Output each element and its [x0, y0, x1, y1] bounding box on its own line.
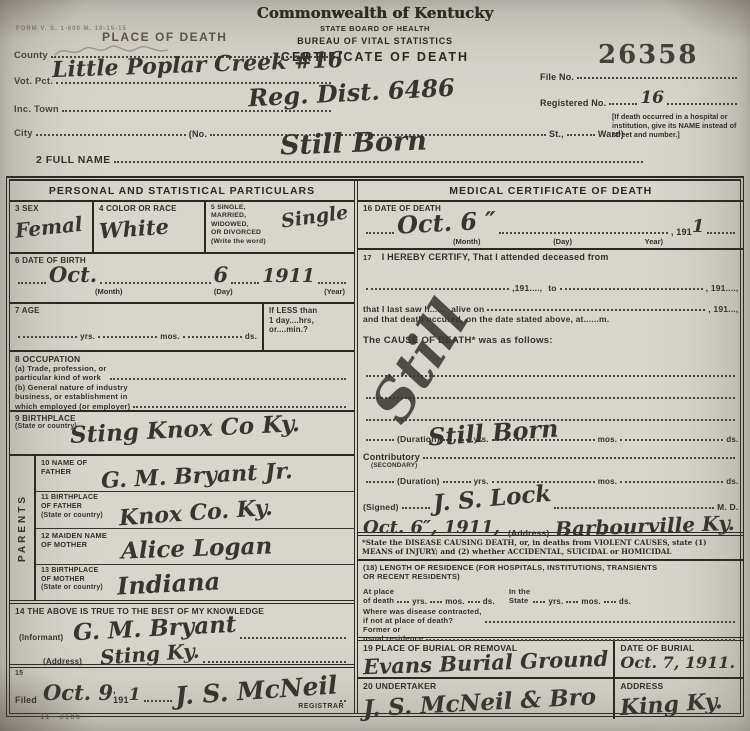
contracted-label: Where was disease contracted, if not at … [363, 607, 482, 626]
contrib-duration-c [620, 481, 723, 483]
dod-day-caption: (Day) [553, 237, 572, 246]
certify-191-a: ,191...., [512, 283, 542, 293]
contrib-duration-ds: ds. [726, 477, 738, 486]
occupation-a-line [110, 378, 347, 380]
duration-label: (Duration) [397, 434, 440, 444]
file-no-label: File No. [540, 72, 574, 82]
mother-name-row: 12 MAIDEN NAME OF MOTHER Alice Logan [36, 529, 354, 565]
residence-block: (18) LENGTH OF RESIDENCE (FOR HOSPITALS,… [358, 561, 743, 641]
age-ds-label: ds. [245, 332, 257, 341]
birthplace-row: 9 BIRTHPLACE (State or country) Sting Kn… [10, 412, 354, 456]
alive-on-label: alive on [451, 304, 484, 314]
father-name-label: 10 NAME OF FATHER [41, 458, 87, 477]
sex-color-marital-row: 3 SEX Femal 4 COLOR OR RACE White 5 SING… [10, 202, 354, 254]
contracted-line [485, 621, 736, 623]
certificate-header: FORM V. S. 1-600 M. 10-15-15 PLACE OF DE… [0, 0, 750, 176]
date-of-death-row: 16 DATE OF DEATH Oct. 6 ″ , 191 1 (Month… [358, 202, 743, 250]
burial-date-label: DATE OF BURIAL [620, 643, 738, 653]
contrib-duration-label: (Duration) [397, 476, 440, 486]
res-ds-a: ds. [483, 597, 495, 606]
res-yrs-b: yrs. [548, 597, 563, 606]
father-birthplace-handwriting: Knox Co. Ky. [118, 494, 273, 531]
burial-date-handwriting: Oct. 7, 1911. [620, 653, 738, 672]
contrib-duration-a [443, 481, 471, 483]
parents-rows: 10 NAME OF FATHER G. M. Bryant Jr. 11 BI… [36, 456, 354, 600]
alive-on-line [487, 309, 705, 311]
duration-yrs: yrs. [474, 435, 489, 444]
file-number-stamp: 26358 [598, 40, 698, 70]
dod-year-handwriting: 1 [692, 216, 705, 237]
commonwealth-title: Commonwealth of Kentucky [245, 4, 505, 22]
street-no-label: (No. [189, 129, 207, 139]
cause-line-2 [366, 397, 735, 399]
filed-year-handwriting: 1 [129, 685, 141, 705]
age-less-than-cell: If LESS than 1 day....hrs, or....min.? [262, 304, 354, 350]
age-less-than-note: If LESS than 1 day....hrs, or....min.? [269, 306, 349, 335]
attestation-block: 14 THE ABOVE IS TRUE TO THE BEST OF MY K… [10, 604, 354, 668]
print-code: 11—3186 [40, 712, 81, 721]
certify-191-b: , 191...., [706, 283, 739, 293]
color-race-handwriting: White [98, 212, 200, 244]
signed-line-b [554, 507, 714, 509]
age-label: 7 AGE [15, 306, 257, 315]
filed-line [144, 700, 172, 702]
certify-paragraph: 17 I HEREBY CERTIFY, That I attended dec… [358, 250, 743, 356]
cause-line-1 [366, 375, 735, 377]
res-mos-b: mos. [581, 597, 600, 606]
dob-line-d [318, 282, 346, 284]
dod-line-c [707, 232, 735, 234]
dod-year-caption: Year) [645, 237, 663, 246]
burial-date-cell: DATE OF BURIAL Oct. 7, 1911. [613, 641, 743, 677]
occupation-b-line [133, 406, 346, 408]
dod-month-caption: (Month) [453, 237, 480, 246]
father-birthplace-label: 11 BIRTHPLACE OF FATHER (State or countr… [41, 494, 103, 520]
duration-ds: ds. [726, 435, 738, 444]
age-cell: 7 AGE yrs. mos. ds. [10, 304, 262, 350]
occupation-a-label: (a) Trade, profession, or particular kin… [15, 364, 107, 383]
parents-block: PARENTS 10 NAME OF FATHER G. M. Bryant J… [10, 456, 354, 604]
last-saw-label: that I last saw h...... [363, 304, 445, 314]
father-name-row: 10 NAME OF FATHER G. M. Bryant Jr. [36, 456, 354, 492]
signed-label: (Signed) [363, 502, 399, 512]
in-state-label: In the State [509, 587, 530, 606]
res-line-c [468, 601, 480, 603]
marital-cell: 5 SINGLE, MARRIED, WIDOWED, OR DIVORCED … [206, 202, 354, 252]
bureau-line: BUREAU OF VITAL STATISTICS [245, 36, 505, 46]
form-body: PERSONAL AND STATISTICAL PARTICULARS 3 S… [6, 176, 744, 717]
age-mos-label: mos. [160, 332, 179, 341]
contrib-duration-lead [366, 481, 394, 483]
contrib-duration-mos: mos. [598, 477, 617, 486]
residence-label: (18) LENGTH OF RESIDENCE (FOR HOSPITALS,… [363, 563, 738, 582]
informant-address-line [203, 661, 346, 663]
cause-lines: (Duration) yrs. mos. ds. [358, 356, 743, 444]
death-certificate-scan: FORM V. S. 1-600 M. 10-15-15 PLACE OF DE… [0, 0, 750, 731]
county-label: County [14, 50, 48, 61]
undertaker-row: 20 UNDERTAKER J. S. McNeil & Bro ADDRESS… [358, 679, 743, 719]
full-name-line [114, 161, 643, 163]
registrar-label: REGISTRAR [298, 703, 344, 710]
duration-mos: mos. [598, 435, 617, 444]
date-of-birth-row: 6 DATE OF BIRTH Oct. 6 1911 (Month) (Day… [10, 254, 354, 304]
age-line-a [18, 336, 77, 338]
res-line-b [430, 601, 442, 603]
res-mos-a: mos. [445, 597, 464, 606]
mother-birthplace-handwriting: Indiana [116, 566, 221, 600]
color-race-cell: 4 COLOR OR RACE White [94, 202, 206, 252]
city-label: City [14, 128, 33, 139]
age-yrs-label: yrs. [80, 332, 95, 341]
cause-footnote: *State the DISEASE CAUSING DEATH, or, in… [358, 536, 743, 561]
dob-day-handwriting: 6 [214, 262, 229, 287]
informant-line [240, 637, 346, 639]
certify-line-2b [560, 288, 703, 290]
age-row: 7 AGE yrs. mos. ds. If LESS than 1 day..… [10, 304, 354, 352]
occupation-label: 8 OCCUPATION [15, 354, 349, 364]
res-yrs-a: yrs. [412, 597, 427, 606]
res-line-f [604, 601, 616, 603]
undertaker-address-handwriting: King Ky. [620, 687, 740, 721]
registered-no-handwriting: 16 [640, 88, 664, 108]
burial-place-cell: 19 PLACE OF BURIAL OR REMOVAL Evans Buri… [358, 641, 613, 677]
inc-town-label: Inc. Town [14, 104, 59, 115]
left-section-title: PERSONAL AND STATISTICAL PARTICULARS [10, 181, 354, 202]
res-line-d [533, 601, 545, 603]
file-no-line [577, 77, 737, 79]
signed-date-handwriting: Oct. 6″, 1911, [363, 517, 500, 538]
registered-no-line-b [667, 103, 737, 105]
physician-address-handwriting: Barbourville Ky. [555, 511, 735, 541]
registered-no-row: Registered No. 16 [540, 96, 740, 108]
medical-certificate-column: MEDICAL CERTIFICATE OF DEATH 16 DATE OF … [358, 181, 743, 713]
res-ds-b: ds. [619, 597, 631, 606]
duration-line-b [492, 439, 595, 441]
dob-line-b [100, 282, 210, 284]
informant-label: (Informant) [19, 633, 63, 642]
city-line [36, 134, 186, 136]
certify-cause-block: 17 I HEREBY CERTIFY, That I attended dec… [358, 250, 743, 536]
burial-row: 19 PLACE OF BURIAL OR REMOVAL Evans Buri… [358, 641, 743, 679]
dob-year-handwriting: 1911 [262, 265, 315, 287]
age-line-b [98, 336, 157, 338]
parents-vertical-label: PARENTS [10, 456, 36, 600]
duration-line-c [620, 439, 723, 441]
state-board-line: STATE BOARD OF HEALTH [245, 24, 505, 33]
file-no-row: File No. [540, 72, 740, 82]
item-17-label: 17 [363, 253, 372, 262]
certify-191-c: , 191..., [708, 304, 738, 314]
mother-name-label: 12 MAIDEN NAME OF MOTHER [41, 531, 107, 550]
father-name-handwriting: G. M. Bryant Jr. [101, 458, 294, 494]
age-line-c [183, 336, 242, 338]
occupation-b-label: (b) General nature of industry business,… [15, 383, 130, 411]
mother-birthplace-label: 13 BIRTHPLACE OF MOTHER (State or countr… [41, 567, 103, 593]
dob-month-handwriting: Oct. [49, 262, 97, 287]
full-name-handwriting: Still Born [280, 125, 428, 161]
right-section-title: MEDICAL CERTIFICATE OF DEATH [358, 181, 743, 202]
sex-handwriting: Femal [14, 211, 88, 242]
registered-no-label: Registered No. [540, 98, 606, 108]
secondary-caption: (SECONDARY) [371, 462, 738, 469]
dob-line-a [18, 282, 46, 284]
occupation-row: 8 OCCUPATION (a) Trade, profession, or p… [10, 352, 354, 412]
contributory-label: Contributory [363, 452, 420, 462]
ward-line [567, 134, 595, 136]
inc-town-row: Inc. Town [14, 104, 334, 115]
filed-label: Filed [15, 695, 37, 705]
vot-pct-label: Vot. Pct. [14, 76, 53, 87]
filed-year-printed: , 191 [113, 685, 129, 705]
registered-no-line-a [609, 103, 637, 105]
full-name-label: 2 FULL NAME [36, 154, 111, 166]
mother-birthplace-row: 13 BIRTHPLACE OF MOTHER (State or countr… [36, 565, 354, 600]
contributory-line [423, 457, 736, 459]
inc-town-line [62, 110, 331, 112]
dod-year-printed: , 191 [671, 227, 692, 237]
certify-line-2a [366, 288, 509, 290]
death-occurred-line: and that death occured, on the date stat… [363, 314, 609, 324]
res-line-a [397, 601, 409, 603]
mother-name-handwriting: Alice Logan [121, 532, 273, 564]
certify-to: to [548, 283, 556, 293]
dod-line-a [366, 232, 394, 234]
cause-line-3 [366, 419, 735, 421]
dob-line-c [231, 282, 259, 284]
ward-label: Ward) [598, 129, 624, 139]
dob-month-caption: (Month) [95, 287, 122, 296]
registrar-line [340, 700, 346, 702]
sex-cell: 3 SEX Femal [10, 202, 94, 252]
dob-year-caption: (Year) [324, 287, 345, 296]
undertaker-address-cell: ADDRESS King Ky. [613, 679, 743, 719]
filed-block: 15 Filed Oct. 9 , 191 1 J. S. McNeil REG… [10, 668, 354, 713]
undertaker-cell: 20 UNDERTAKER J. S. McNeil & Bro [358, 679, 613, 719]
personal-particulars-column: PERSONAL AND STATISTICAL PARTICULARS 3 S… [10, 181, 358, 713]
dod-line-b [499, 232, 668, 234]
res-line-e [566, 601, 578, 603]
contributory-block: Contributory (SECONDARY) (Duration) yrs.… [358, 444, 743, 536]
physician-address-label: (Address) [508, 528, 549, 538]
informant-address-label: (Address) [43, 657, 82, 666]
signed-line-a [402, 507, 430, 509]
certify-line-1: I HEREBY CERTIFY, That I attended deceas… [382, 252, 609, 262]
hospital-note: [If death occurred in a hospital or inst… [612, 112, 742, 139]
father-birthplace-row: 11 BIRTHPLACE OF FATHER (State or countr… [36, 492, 354, 528]
dod-handwriting: Oct. 6 ″ [396, 205, 496, 239]
filed-date-handwriting: Oct. 9 [43, 680, 113, 705]
street-label: St., [549, 129, 564, 139]
cause-of-death-label: The CAUSE OF DEATH* was as follows: [363, 335, 553, 346]
at-place-label: At place of death [363, 587, 394, 606]
duration-line-lead [366, 439, 394, 441]
dob-day-caption: (Day) [214, 287, 233, 296]
duration-line-a [443, 439, 471, 441]
